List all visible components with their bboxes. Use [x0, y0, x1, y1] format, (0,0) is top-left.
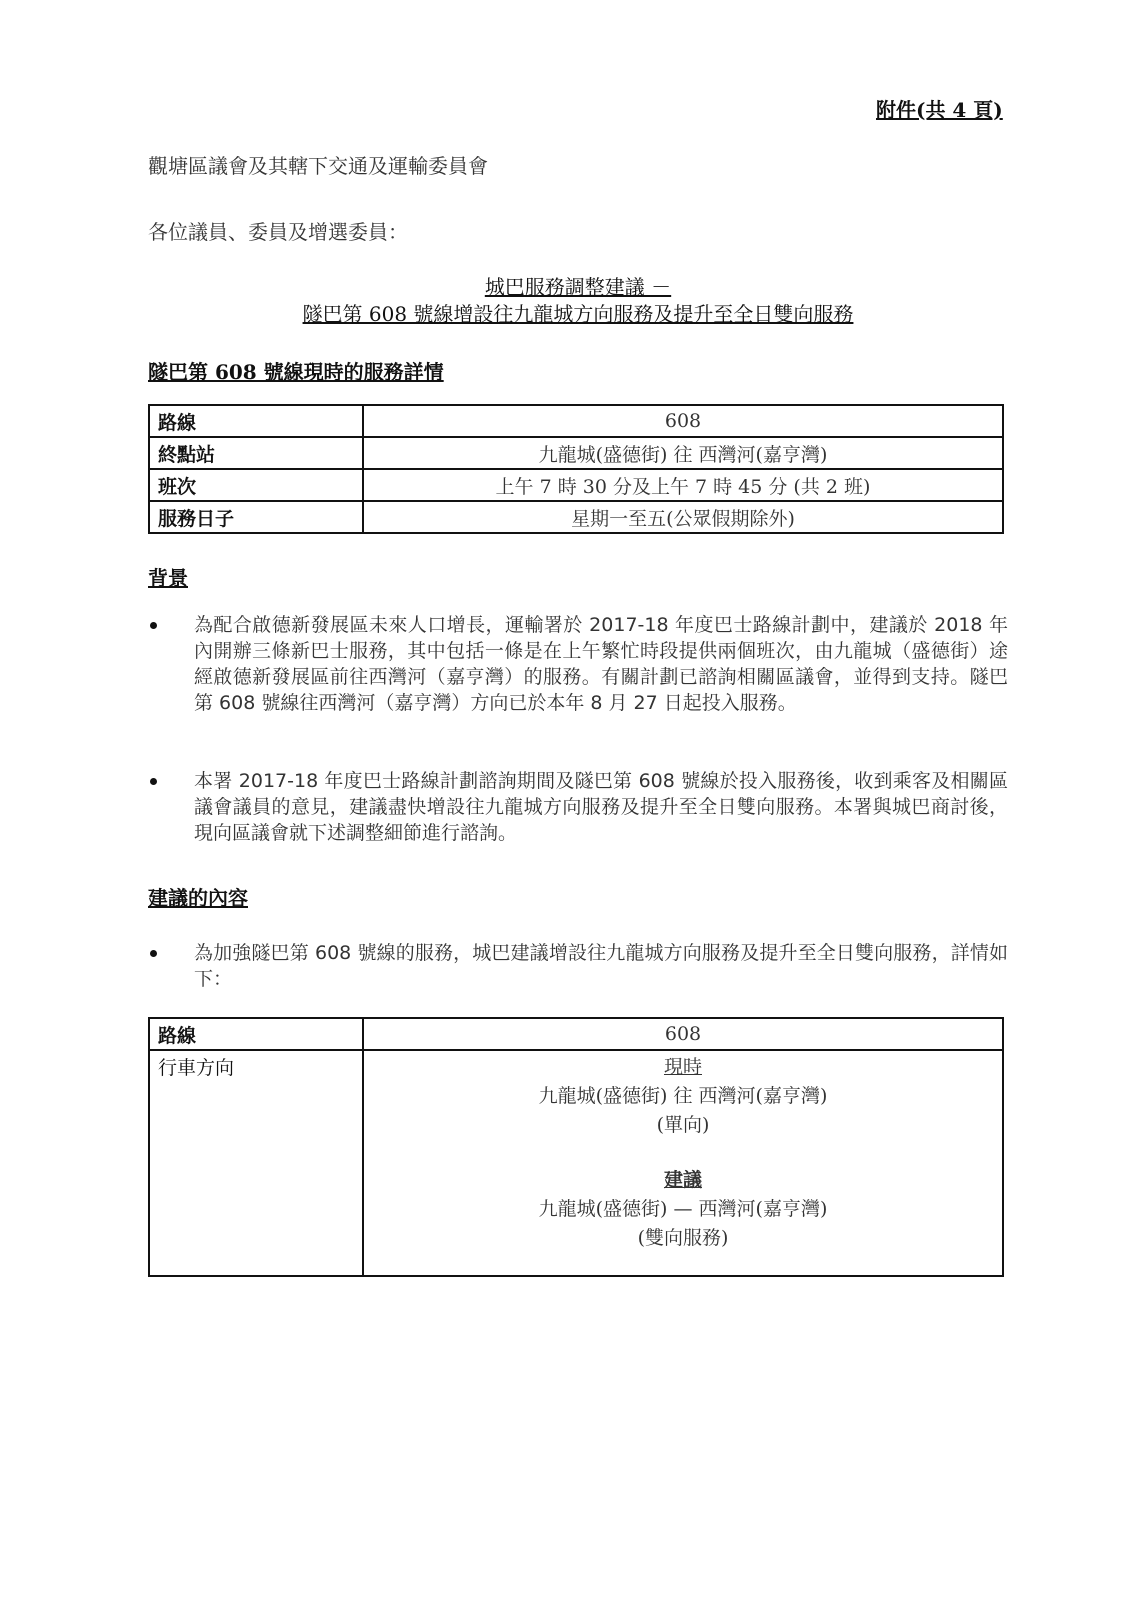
proposal-heading: 建議的內容: [148, 882, 248, 911]
row-value: 上午 7 時 30 分及上午 7 時 45 分 (共 2 班): [363, 469, 1003, 501]
direction-value: 現時 九龍城(盛德街) 往 西灣河(嘉亨灣) (單向) 建議 九龍城(盛德街) …: [363, 1050, 1003, 1276]
bullet-icon: [150, 950, 157, 957]
current-service-heading: 隧巴第 608 號線現時的服務詳情: [148, 356, 444, 385]
row-value: 608: [363, 405, 1003, 437]
table-row: 服務日子 星期一至五(公眾假期除外): [149, 501, 1003, 533]
row-label: 服務日子: [149, 501, 363, 533]
addressee: 觀塘區議會及其轄下交通及運輸委員會: [148, 150, 488, 179]
proposed-heading: 建議: [372, 1166, 994, 1195]
bullet-icon: [150, 778, 157, 785]
route-value: 608: [363, 1018, 1003, 1050]
row-label: 終點站: [149, 437, 363, 469]
current-note: (單向): [372, 1111, 994, 1140]
background-heading: 背景: [148, 562, 188, 591]
route-label: 路線: [149, 1018, 363, 1050]
proposal-table: 路線 608 行車方向 現時 九龍城(盛德街) 往 西灣河(嘉亨灣) (單向) …: [148, 1017, 1004, 1277]
table-row: 路線 608: [149, 405, 1003, 437]
current-service-table: 路線 608 終點站 九龍城(盛德街) 往 西灣河(嘉亨灣) 班次 上午 7 時…: [148, 404, 1004, 534]
current-heading: 現時: [372, 1053, 994, 1082]
proposed-note: (雙向服務): [372, 1224, 994, 1253]
title-line-1: 城巴服務調整建議 －: [148, 274, 1008, 301]
proposed-route: 九龍城(盛德街) — 西灣河(嘉亨灣): [372, 1195, 994, 1224]
salutation: 各位議員、委員及增選委員：: [148, 216, 408, 245]
row-value: 星期一至五(公眾假期除外): [363, 501, 1003, 533]
table-row: 班次 上午 7 時 30 分及上午 7 時 45 分 (共 2 班): [149, 469, 1003, 501]
title-line-2: 隧巴第 608 號線增設往九龍城方向服務及提升至全日雙向服務: [148, 301, 1008, 328]
document-title: 城巴服務調整建議 － 隧巴第 608 號線增設往九龍城方向服務及提升至全日雙向服…: [148, 274, 1008, 328]
proposal-bullet: 為加強隧巴第 608 號線的服務，城巴建議增設往九龍城方向服務及提升至全日雙向服…: [148, 940, 1008, 992]
page-reference: 附件(共 4 頁): [876, 94, 1003, 123]
direction-label: 行車方向: [149, 1050, 363, 1276]
row-value: 九龍城(盛德街) 往 西灣河(嘉亨灣): [363, 437, 1003, 469]
current-route: 九龍城(盛德街) 往 西灣河(嘉亨灣): [372, 1082, 994, 1111]
background-bullet-1: 為配合啟德新發展區未來人口增長，運輸署於 2017-18 年度巴士路線計劃中，建…: [148, 612, 1008, 716]
row-label: 路線: [149, 405, 363, 437]
bullet-icon: [150, 622, 157, 629]
table-row: 路線 608: [149, 1018, 1003, 1050]
table-row: 終點站 九龍城(盛德街) 往 西灣河(嘉亨灣): [149, 437, 1003, 469]
table-row: 行車方向 現時 九龍城(盛德街) 往 西灣河(嘉亨灣) (單向) 建議 九龍城(…: [149, 1050, 1003, 1276]
row-label: 班次: [149, 469, 363, 501]
background-bullet-2: 本署 2017-18 年度巴士路線計劃諮詢期間及隧巴第 608 號線於投入服務後…: [148, 768, 1008, 846]
